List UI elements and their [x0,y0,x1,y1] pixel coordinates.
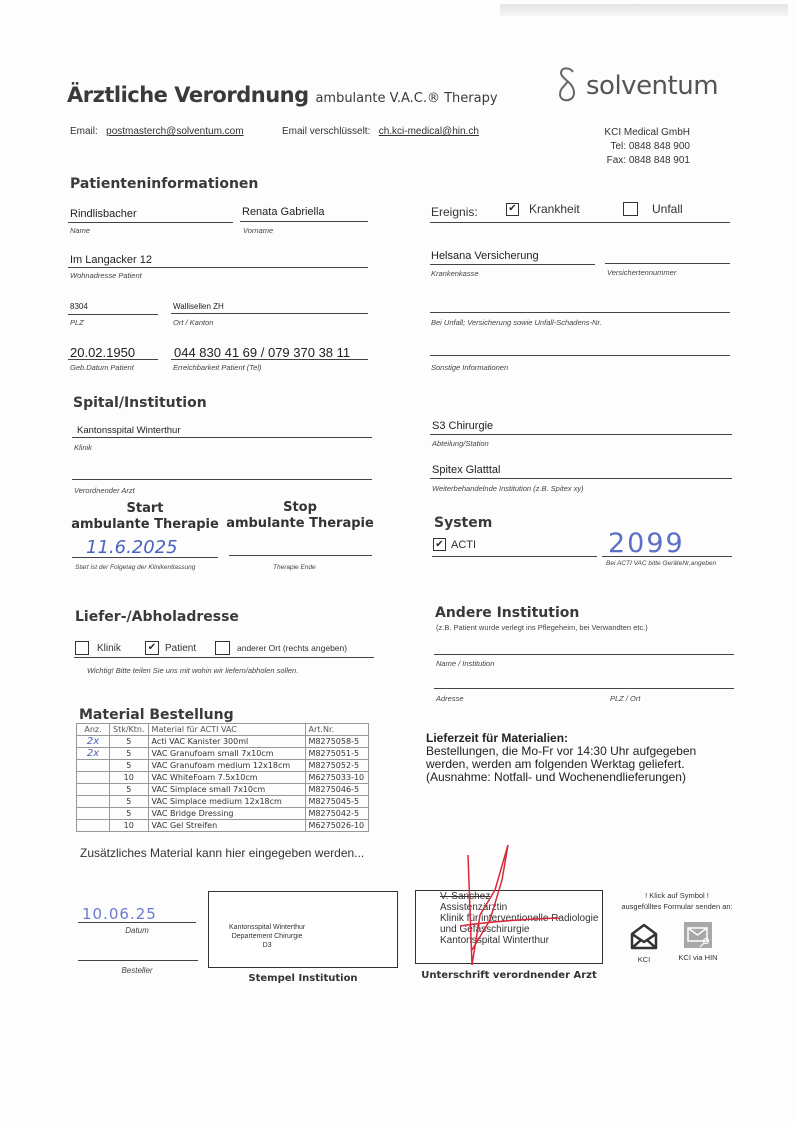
solventum-s-icon [556,66,578,106]
stamp-line-2: Departement Chirurgie [229,932,305,941]
telefon-line [171,359,368,360]
start-heading-2: ambulante Therapie [70,517,220,533]
liefer-option-patient[interactable]: ✔ Patient [145,641,196,655]
envelope-key-icon [684,922,712,948]
email-row: Email: postmasterch@solventum.com [70,126,244,137]
col-stk: Stk/Ktn. [110,724,149,736]
stempel-box[interactable]: Kantonsspital Winterthur Departement Chi… [208,891,398,968]
weiterbehandelnde-label: Weiterbehandelnde Institution (z.B. Spit… [432,484,584,493]
material-stk: 5 [110,796,149,808]
material-name: VAC Simplace medium 12x18cm [148,796,305,808]
material-row: 10VAC Gel StreifenM6275026-10 [77,820,369,832]
material-stk: 10 [110,772,149,784]
andere-name-line[interactable] [434,654,734,655]
material-row: 10VAC WhiteFoam 7.5x10cmM6275033-10 [77,772,369,784]
system-heading: System [434,515,492,531]
material-stk: 5 [110,736,149,748]
material-stk: 5 [110,748,149,760]
krankenkasse-field[interactable]: Helsana Versicherung [431,250,539,262]
weiterbehandelnde-field[interactable]: Spitex Glatttal [432,464,500,476]
scan-shadow [500,4,788,16]
material-row: 5VAC Bridge DressingM8275042-5 [77,808,369,820]
material-row: 5VAC Simplace medium 12x18cmM8275045-5 [77,796,369,808]
material-stk: 10 [110,820,149,832]
lieferzeit-block: Lieferzeit für Materialien: Bestellungen… [426,732,696,784]
material-name: VAC Granufoam medium 12x18cm [148,760,305,772]
open-envelope-icon [629,922,659,950]
besteller-label: Besteller [78,966,196,975]
patient-heading: Patienteninformationen [70,176,258,192]
geraet-nr-caption: Bei ACTI VAC bitte GeräteNr.angeben [606,560,716,567]
andere-adresse-label: Adresse [436,694,464,703]
material-artnr: M8275058-5 [305,736,368,748]
company-fax: Fax: 0848 848 901 [560,154,690,168]
patient-option-label: Patient [165,643,196,654]
andere-plz-label: PLZ / Ort [610,694,640,703]
signature-scribble [440,840,580,970]
ereignis-krankheit[interactable]: ✔ Krankheit [506,202,580,216]
liefer-option-klinik[interactable]: Klinik [75,641,121,655]
start-heading: Start ambulante Therapie [70,501,220,533]
email-link[interactable]: postmasterch@solventum.com [106,126,243,137]
geburtsdatum-label: Geb.Datum Patient [70,363,134,372]
geraet-nr-line [602,556,732,557]
andere-adresse-line[interactable] [434,688,734,689]
checkbox-unfall[interactable] [623,202,638,216]
unfall-versicherung-label: Bei Unfall; Versicherung sowie Unfall-Sc… [431,318,602,327]
start-line [72,557,218,558]
material-name: VAC WhiteFoam 7.5x10cm [148,772,305,784]
arzt-label: Verordnender Arzt [74,486,135,495]
ereignis-line [430,222,730,223]
krankenkasse-label: Krankenkasse [431,269,479,278]
vorname-label: Vorname [243,226,273,235]
material-name: VAC Bridge Dressing [148,808,305,820]
material-stk: 5 [110,784,149,796]
adresse-field[interactable]: Im Langacker 12 [70,254,152,266]
material-anz-field[interactable] [77,760,110,772]
material-name: VAC Gel Streifen [148,820,305,832]
ereignis-unfall[interactable]: Unfall [623,202,683,216]
geburtsdatum-line [68,359,158,360]
liefer-line [74,657,374,658]
send-line-1: ! Klick auf Symbol ! [612,890,742,901]
checkbox-anderer-ort[interactable] [215,641,230,655]
klinik-field[interactable]: Kantonsspital Winterthur [77,425,181,436]
liefer-heading: Liefer-/Abholadresse [75,609,239,625]
name-label: Name [70,226,90,235]
start-caption: Start ist der Folgetag der Klinikentlass… [75,564,195,571]
ort-label: Ort / Kanton [173,318,213,327]
send-hin-button[interactable]: KCI via HIN [676,922,720,962]
versichertennummer-line[interactable] [605,263,730,264]
adresse-line [68,267,368,268]
material-anz-field[interactable] [77,820,110,832]
material-header-row: Anz. Stk/Ktn. Material für ACTI VAC Art.… [77,724,369,736]
spital-heading: Spital/Institution [73,395,207,411]
sonstige-label: Sonstige Informationen [431,363,508,372]
ort-field[interactable]: Wallisellen ZH [173,302,224,311]
stop-heading: Stop ambulante Therapie [226,500,374,532]
andere-sub: (z.B. Patient wurde verlegt ins Pflegehe… [436,623,648,632]
stop-heading-1: Stop [226,500,374,516]
klinik-label: Klinik [74,443,92,452]
material-name: Acti VAC Kanister 300ml [148,736,305,748]
checkbox-acti[interactable]: ✔ [433,538,446,551]
plz-line [68,314,158,315]
plz-label: PLZ [70,318,84,327]
col-anz: Anz. [77,724,110,736]
checkbox-krankheit[interactable]: ✔ [506,203,519,216]
unfall-versicherung-line[interactable] [430,312,730,313]
company-tel: Tel: 0848 848 900 [560,140,690,154]
material-anz-field[interactable] [77,808,110,820]
geburtsdatum-field[interactable]: 20.02.1950 [70,345,135,360]
abteilung-line [430,434,732,435]
vorname-line [240,221,368,222]
adresse-label: Wohnadresse Patient [70,271,142,280]
send-kci-button[interactable]: KCI [628,922,660,964]
name-field[interactable]: Rindlisbacher [70,208,137,220]
material-artnr: M6275026-10 [305,820,368,832]
checkbox-klinik[interactable] [75,641,89,655]
start-heading-1: Start [70,501,220,517]
material-artnr: M8275042-5 [305,808,368,820]
stop-heading-2: ambulante Therapie [226,516,374,532]
email-enc-label: Email verschlüsselt: [282,126,370,137]
send-kci-label: KCI [628,955,660,964]
stempel-caption: Stempel Institution [208,973,398,984]
andere-heading: Andere Institution [435,605,579,621]
col-artnr: Art.Nr. [305,724,368,736]
liefer-option-anderer-ort[interactable]: anderer Ort (rechts angeben) [215,641,347,655]
system-acti[interactable]: ✔ ACTI [433,538,476,551]
material-artnr: M8275051-5 [305,748,368,760]
liefer-note: Wichtig! Bitte teilen Sie uns mit wohin … [87,666,298,675]
material-artnr: M8275045-5 [305,796,368,808]
klinik-option-label: Klinik [97,643,121,654]
name-line [68,222,233,223]
additional-material-field[interactable]: Zusätzliches Material kann hier eingegeb… [80,846,364,860]
vorname-field[interactable]: Renata Gabriella [242,206,325,218]
anderer-ort-label: anderer Ort (rechts angeben) [237,643,347,653]
material-anz-field[interactable] [77,796,110,808]
email-label: Email: [70,126,98,137]
company-info: KCI Medical GmbH Tel: 0848 848 900 Fax: … [560,126,690,168]
material-row: 5VAC Simplace small 7x10cmM8275046-5 [77,784,369,796]
unfall-label: Unfall [652,202,683,216]
stop-caption: Therapie Ende [273,564,316,571]
material-table: Anz. Stk/Ktn. Material für ACTI VAC Art.… [76,723,369,832]
geraet-nr-field[interactable]: 2099 [608,528,685,559]
form-subtitle: ambulante V.A.C.® Therapy [315,91,497,106]
versichertennummer-label: Versichertennummer [607,268,676,277]
ereignis-label: Ereignis: [431,205,478,219]
material-artnr: M6275033-10 [305,772,368,784]
krankheit-label: Krankheit [529,202,580,216]
abteilung-field[interactable]: S3 Chirurgie [432,420,493,432]
material-anz-field[interactable]: 2x [77,736,110,748]
plz-field[interactable]: 8304 [70,302,88,311]
unterschrift-caption: Unterschrift verordnender Arzt [415,970,603,981]
send-info: ! Klick auf Symbol ! ausgefülltes Formul… [612,890,742,912]
material-anz-field[interactable] [77,772,110,784]
material-anz-field[interactable]: 2x [77,748,110,760]
title-text: Ärztliche Verordnung [67,83,309,107]
material-row: 2x5Acti VAC Kanister 300mlM8275058-5 [77,736,369,748]
datum-field[interactable]: 10.06.25 [82,905,157,923]
telefon-field[interactable]: 044 830 41 69 / 079 370 38 11 [174,345,350,360]
klinik-line [72,437,372,438]
send-hin-label: KCI via HIN [676,953,720,962]
start-date-field[interactable]: 11.6.2025 [86,537,178,558]
system-line [432,556,597,557]
datum-label: Datum [78,926,196,935]
company-name: KCI Medical GmbH [560,126,690,140]
krankenkasse-line [430,264,595,265]
checkbox-patient[interactable]: ✔ [145,641,159,655]
material-name: VAC Simplace small 7x10cm [148,784,305,796]
form-title: Ärztliche Verordnung ambulante V.A.C.® T… [67,83,498,107]
weiterbehandelnde-line [430,478,732,479]
material-row: 2x5VAC Granufoam small 7x10cmM8275051-5 [77,748,369,760]
ort-line [171,313,368,314]
material-stk: 5 [110,760,149,772]
arzt-line[interactable] [72,479,372,480]
email-encrypted-row: Email verschlüsselt: ch.kci-medical@hin.… [282,126,479,137]
besteller-line[interactable] [78,960,198,961]
sonstige-line[interactable] [430,355,730,356]
brand-name: solventum [586,71,718,101]
stamp-line-3: D3 [229,941,305,950]
telefon-label: Erreichbarkeit Patient (Tel) [173,363,262,372]
col-material: Material für ACTI VAC [148,724,305,736]
material-artnr: M8275052-5 [305,760,368,772]
andere-name-label: Name / Institution [436,659,494,668]
lieferzeit-line3: (Ausnahme: Notfall- und Wochenendlieferu… [426,771,696,784]
material-heading: Material Bestellung [79,707,234,723]
stamp-line-1: Kantonsspital Winterthur [229,923,305,932]
abteilung-label: Abteilung/Station [432,439,489,448]
email-encrypted-link[interactable]: ch.kci-medical@hin.ch [379,126,479,137]
material-name: VAC Granufoam small 7x10cm [148,748,305,760]
solventum-logo: solventum [556,66,718,106]
stop-line[interactable] [229,555,372,556]
acti-label: ACTI [451,539,476,551]
stempel-text: Kantonsspital Winterthur Departement Chi… [229,923,305,950]
material-artnr: M8275046-5 [305,784,368,796]
send-line-2: ausgefülltes Formular senden an: [612,901,742,912]
material-anz-field[interactable] [77,784,110,796]
datum-line [78,922,196,923]
material-row: 5VAC Granufoam medium 12x18cmM8275052-5 [77,760,369,772]
material-stk: 5 [110,808,149,820]
